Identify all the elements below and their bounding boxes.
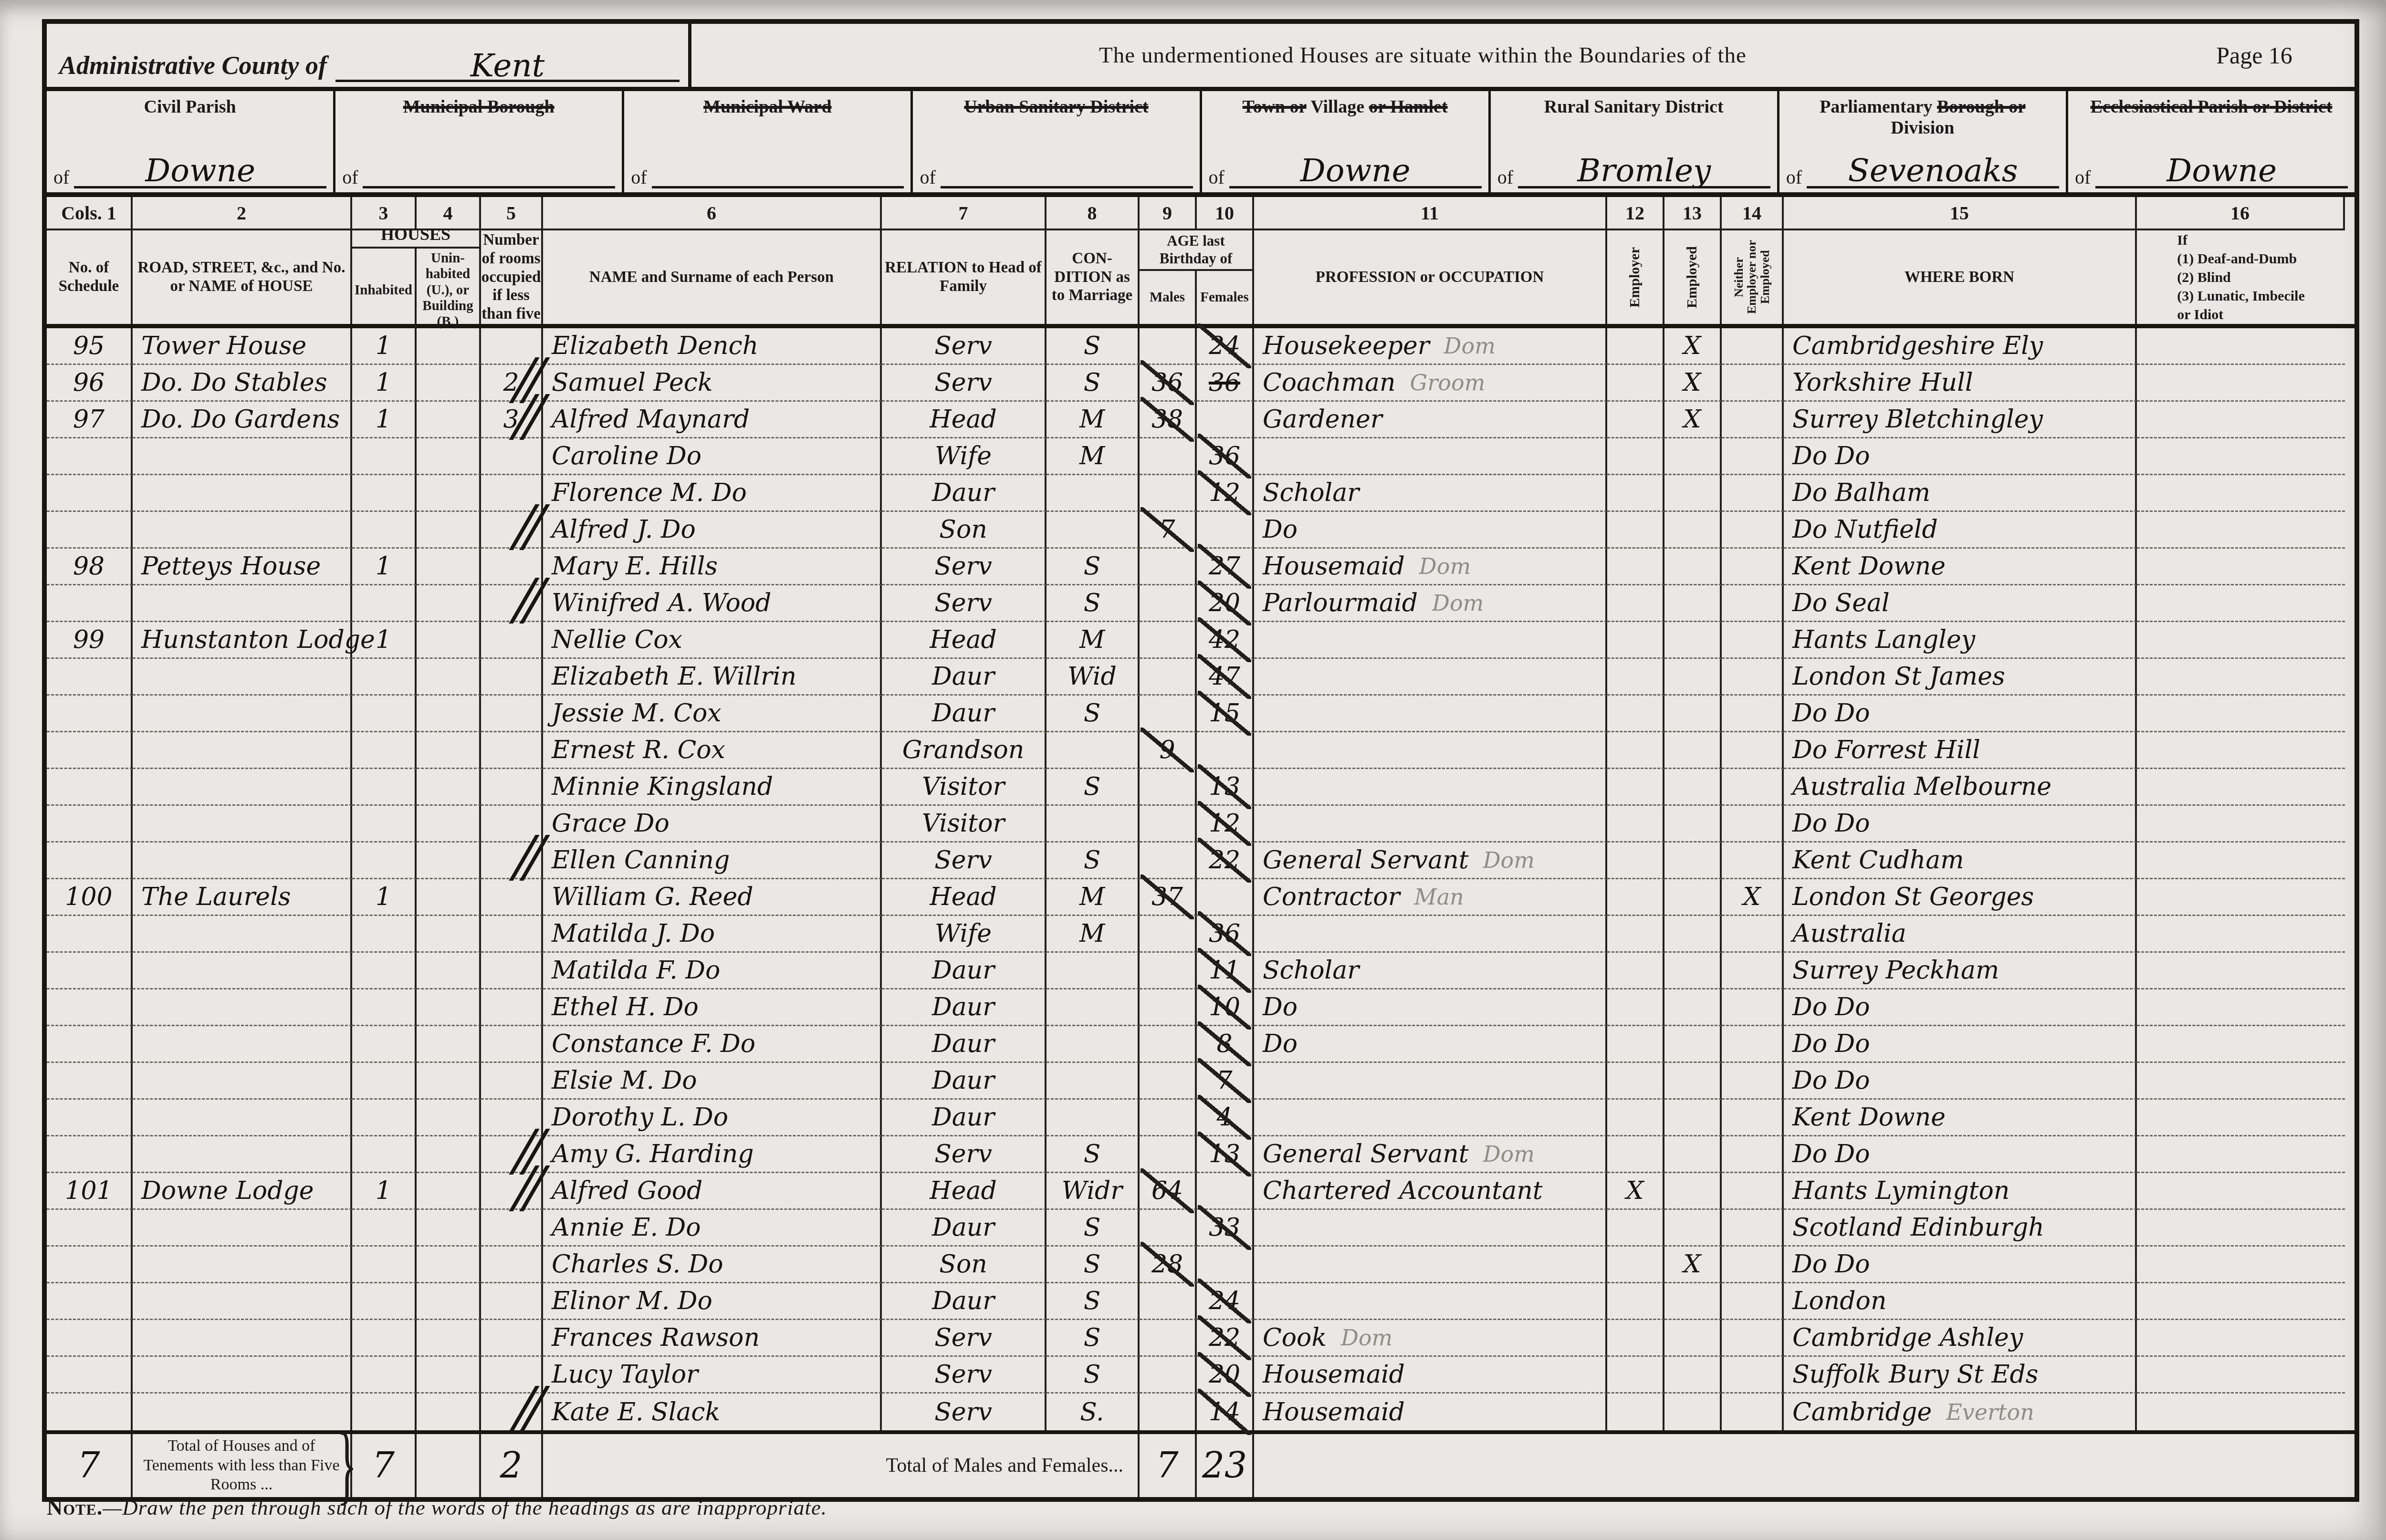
person-row-13: Minnie KingslandVisitorS13Australia Melb…	[47, 769, 2355, 806]
schedule-number-value: 100	[65, 883, 112, 911]
employed-mark	[1664, 512, 1722, 549]
where-born-ink: Do Do	[1792, 993, 1870, 1021]
uninhabited-mark	[417, 1173, 481, 1210]
schedule-number: 100	[47, 879, 133, 916]
infirmities	[2137, 879, 2345, 916]
where-born-ink: Do Do	[1792, 1250, 1870, 1279]
col-group-houses: HOUSES In­habit­ed Unin­habited (U.), or…	[352, 230, 481, 324]
district-label-segment: or Hamlet	[1369, 97, 1448, 117]
relation-to-head: Son	[882, 512, 1046, 549]
occupation-ink: Housekeeper	[1263, 332, 1430, 360]
schedule-number	[47, 475, 133, 512]
where-born: Cambridgeshire Ely	[1784, 328, 2137, 365]
relation-to-head: Daur	[882, 1100, 1046, 1136]
of-word: of	[1497, 166, 1513, 188]
col-label-neither: Neither Employer nor Employed	[1722, 230, 1784, 324]
infirmity-deaf: (1) Deaf-and-Dumb	[2177, 251, 2297, 267]
marriage-condition: S	[1046, 1136, 1140, 1173]
marriage-condition: S	[1046, 1320, 1140, 1357]
relation-to-head-value: Son	[939, 1250, 987, 1279]
inhabited-mark: 1	[352, 879, 417, 916]
age-female	[1197, 512, 1254, 549]
marriage-condition: S	[1046, 769, 1140, 806]
district-value-line: Bromley	[1518, 156, 1770, 188]
infirmities	[2137, 1283, 2345, 1320]
house-name	[133, 916, 352, 953]
schedule-number	[47, 1026, 133, 1063]
district-label-segment: Civil Parish	[144, 97, 236, 117]
occupation	[1254, 769, 1607, 806]
relation-to-head-value: Head	[930, 883, 996, 911]
age-male	[1140, 769, 1197, 806]
house-name	[133, 1026, 352, 1063]
schedule-number-value: 98	[73, 552, 105, 581]
employed-mark	[1664, 1173, 1722, 1210]
col-num-11: 11	[1254, 197, 1607, 230]
age-male	[1140, 843, 1197, 879]
uninhabited-mark	[417, 1357, 481, 1394]
inhabited-mark	[352, 989, 417, 1026]
age-female	[1197, 1173, 1254, 1210]
inhabited-mark: 1	[352, 328, 417, 365]
inhabited-mark	[352, 1320, 417, 1357]
age-female: 20	[1197, 1357, 1254, 1394]
district-label-segment: District	[2270, 97, 2333, 117]
district-cell-6: Parliamentary Borough or DivisionofSeven…	[1779, 91, 2068, 192]
uninhabited-mark	[417, 549, 481, 585]
person-row-6: Alfred J. DoSon7DoDo Nutfield	[47, 512, 2355, 549]
district-label-segment: Municipal Borough	[403, 97, 555, 117]
relation-to-head: Daur	[882, 953, 1046, 989]
marriage-condition-value: Widr	[1062, 1176, 1122, 1205]
occupation: ParlourmaidDom	[1254, 585, 1607, 622]
marriage-condition-value: Wid	[1067, 662, 1116, 691]
relation-to-head-value: Serv	[934, 1360, 992, 1389]
occupation: Scholar	[1254, 475, 1607, 512]
age-female-value: 36	[1209, 919, 1240, 948]
marriage-condition: S.	[1046, 1394, 1140, 1430]
age-female-value: 8	[1216, 1030, 1232, 1058]
where-born-ink: Scotland Edinburgh	[1792, 1213, 2044, 1242]
relation-to-head-value: Serv	[934, 332, 992, 360]
person-name: Matilda F. Do	[543, 953, 882, 989]
marriage-condition-value: S	[1084, 552, 1101, 581]
person-row-7: 98Petteys House1Mary E. HillsServS27Hous…	[47, 549, 2355, 585]
occupation: HousekeeperDom	[1254, 328, 1607, 365]
where-born: Australia	[1784, 916, 2137, 953]
schedule-number	[47, 512, 133, 549]
schedule-number	[47, 806, 133, 843]
district-label: Town or Village or Hamlet	[1209, 97, 1482, 118]
marriage-condition: M	[1046, 879, 1140, 916]
marriage-condition-value: S	[1084, 699, 1101, 728]
age-female: 36	[1197, 365, 1254, 402]
col-num-15: 15	[1784, 197, 2137, 230]
relation-to-head-value: Wife	[935, 919, 992, 948]
inhabited-mark	[352, 769, 417, 806]
rooms-mark	[481, 1063, 543, 1100]
rooms-mark	[481, 1210, 543, 1247]
where-born: Cambridge Ashley	[1784, 1320, 2137, 1357]
person-name-value: Elizabeth Dench	[552, 332, 758, 360]
occupation-pencil-note: Man	[1414, 884, 1464, 910]
schedule-number	[47, 696, 133, 732]
district-value: Sevenoaks	[1848, 156, 2018, 185]
where-born-ink: Surrey Bletchingley	[1792, 405, 2043, 434]
age-male	[1140, 916, 1197, 953]
col-label-relation: RELATION to Head of Family	[882, 230, 1046, 324]
rooms-mark-value: 2	[503, 368, 519, 397]
age-female-value: 20	[1209, 1360, 1240, 1389]
marriage-condition	[1046, 989, 1140, 1026]
marriage-condition: M	[1046, 916, 1140, 953]
neither-mark	[1722, 475, 1784, 512]
where-born-ink: Yorkshire Hull	[1792, 368, 1973, 397]
person-name: Ellen Canning	[543, 843, 882, 879]
marriage-condition-value: M	[1079, 919, 1105, 948]
person-row-15: Ellen CanningServS22General ServantDomKe…	[47, 843, 2355, 879]
age-male	[1140, 1394, 1197, 1430]
employed-mark	[1664, 732, 1722, 769]
relation-to-head: Wife	[882, 438, 1046, 475]
occupation: HousemaidDom	[1254, 549, 1607, 585]
district-of-line: ofBromley	[1497, 156, 1770, 188]
house-name: Tower House	[133, 328, 352, 365]
age-male	[1140, 549, 1197, 585]
age-female-value: 24	[1209, 1287, 1240, 1315]
rooms-mark	[481, 879, 543, 916]
relation-to-head: Daur	[882, 1063, 1046, 1100]
where-born-ink: London	[1792, 1287, 1886, 1315]
schedule-number: 97	[47, 402, 133, 438]
relation-to-head: Serv	[882, 1394, 1046, 1430]
admin-county-label: Administrative County of	[59, 51, 327, 80]
neither-mark	[1722, 1063, 1784, 1100]
infirmities	[2137, 1394, 2345, 1430]
where-born: Do Do	[1784, 989, 2137, 1026]
marriage-condition-value: M	[1079, 442, 1105, 470]
infirmities	[2137, 989, 2345, 1026]
infirmities	[2137, 475, 2345, 512]
district-value: Downe	[1300, 156, 1411, 185]
occupation: CookDom	[1254, 1320, 1607, 1357]
rooms-mark-value: 3	[503, 405, 519, 434]
employed-mark-value: X	[1683, 405, 1701, 434]
age-male: 37	[1140, 879, 1197, 916]
occupation: Do	[1254, 512, 1607, 549]
neither-mark	[1722, 1210, 1784, 1247]
employed-mark	[1664, 1283, 1722, 1320]
district-value-line: Downe	[2095, 156, 2348, 188]
relation-to-head-value: Head	[930, 405, 996, 434]
schedule-number	[47, 953, 133, 989]
rooms-mark	[481, 696, 543, 732]
person-row-23: Amy G. HardingServS13General ServantDomD…	[47, 1136, 2355, 1173]
age-female: 13	[1197, 1136, 1254, 1173]
person-name: Nellie Cox	[543, 622, 882, 659]
marriage-condition-value: M	[1079, 405, 1105, 434]
person-name: Ernest R. Cox	[543, 732, 882, 769]
rooms-mark	[481, 1247, 543, 1283]
where-born: Do Do	[1784, 1026, 2137, 1063]
inhabited-mark: 1	[352, 1173, 417, 1210]
person-name-value: Minnie Kingsland	[552, 772, 773, 801]
age-female	[1197, 732, 1254, 769]
inhabited-mark-value: 1	[376, 552, 391, 581]
employed-mark	[1664, 585, 1722, 622]
uninhabited-mark	[417, 732, 481, 769]
rooms-mark	[481, 438, 543, 475]
relation-to-head-value: Daur	[932, 1066, 994, 1095]
marriage-condition-value: S	[1084, 772, 1101, 801]
person-row-3: 97Do. Do Gardens13Alfred MaynardHeadM38G…	[47, 402, 2355, 438]
person-name-value: Alfred Good	[552, 1176, 702, 1205]
marriage-condition: S	[1046, 328, 1140, 365]
inhabited-mark	[352, 1063, 417, 1100]
col-label-females: Females	[1197, 271, 1252, 324]
uninhabited-mark	[417, 328, 481, 365]
age-male-value: 64	[1151, 1176, 1183, 1205]
of-word: of	[53, 166, 69, 188]
house-name	[133, 475, 352, 512]
age-female-value: 15	[1209, 699, 1240, 728]
person-name: Minnie Kingsland	[543, 769, 882, 806]
infirmities	[2137, 806, 2345, 843]
relation-to-head-value: Son	[939, 515, 987, 544]
person-name-value: William G. Reed	[552, 883, 753, 911]
occupation-ink: Do	[1263, 993, 1298, 1021]
schedule-number	[47, 989, 133, 1026]
occupation-ink: Gardener	[1263, 405, 1382, 434]
age-female-value: 22	[1209, 846, 1240, 874]
uninhabited-mark	[417, 916, 481, 953]
employed-mark	[1664, 843, 1722, 879]
district-label-segment: Rural Sanitary District	[1544, 97, 1724, 117]
where-born-pencil-note: Everton	[1946, 1399, 2034, 1425]
occupation-ink: Contractor	[1263, 883, 1400, 911]
col-num-12: 12	[1607, 197, 1664, 230]
col-num-13: 13	[1664, 197, 1722, 230]
employer-mark	[1607, 732, 1664, 769]
employer-mark	[1607, 953, 1664, 989]
employed-mark-value: X	[1683, 368, 1701, 397]
relation-to-head: Visitor	[882, 806, 1046, 843]
marriage-condition-value: S	[1084, 1323, 1101, 1352]
occupation	[1254, 659, 1607, 696]
uninhabited-mark	[417, 1026, 481, 1063]
col-label-employer: Employer	[1607, 230, 1664, 324]
employed-mark	[1664, 1320, 1722, 1357]
relation-to-head-value: Wife	[935, 442, 992, 470]
age-female: 12	[1197, 475, 1254, 512]
relation-to-head-value: Daur	[932, 479, 994, 507]
where-born: London	[1784, 1283, 2137, 1320]
person-row-19: Ethel H. DoDaur10DoDo Do	[47, 989, 2355, 1026]
age-male	[1140, 806, 1197, 843]
occupation-ink: Do	[1263, 1030, 1298, 1058]
of-word: of	[342, 166, 358, 188]
where-born-ink: Do Seal	[1792, 589, 1890, 617]
col-num-9: 9	[1140, 197, 1197, 230]
person-name: Elinor M. Do	[543, 1283, 882, 1320]
person-row-24: 101Downe Lodge1Alfred GoodHeadWidr64Char…	[47, 1173, 2355, 1210]
inhabited-mark	[352, 916, 417, 953]
uninhabited-mark	[417, 989, 481, 1026]
marriage-condition-value: S	[1084, 332, 1101, 360]
marriage-condition	[1046, 512, 1140, 549]
occupation	[1254, 806, 1607, 843]
relation-to-head-value: Daur	[932, 1213, 994, 1242]
rooms-mark	[481, 1320, 543, 1357]
district-cell-1: Municipal Boroughof	[335, 91, 624, 192]
inhabited-mark-value: 1	[376, 883, 391, 911]
inhabited-mark	[352, 843, 417, 879]
district-label: Urban Sanitary District	[920, 97, 1193, 118]
house-name-value: Petteys House	[141, 552, 321, 581]
col-label-name: NAME and Surname of each Person	[543, 230, 882, 324]
house-name	[133, 659, 352, 696]
person-name-value: Jessie M. Cox	[552, 699, 722, 728]
uninhabited-mark	[417, 622, 481, 659]
age-female: 36	[1197, 438, 1254, 475]
house-name: The Laurels	[133, 879, 352, 916]
person-name: William G. Reed	[543, 879, 882, 916]
house-name	[133, 1063, 352, 1100]
infirmities	[2137, 438, 2345, 475]
neither-mark	[1722, 1136, 1784, 1173]
inhabited-mark	[352, 585, 417, 622]
employer-mark	[1607, 1100, 1664, 1136]
marriage-condition-value: S	[1084, 1287, 1101, 1315]
where-born-ink: London St James	[1792, 662, 2005, 691]
age-male: 36	[1140, 365, 1197, 402]
relation-to-head-value: Serv	[934, 589, 992, 617]
person-row-2: 96Do. Do Stables12Samuel PeckServS3636Co…	[47, 365, 2355, 402]
where-born: Kent Downe	[1784, 1100, 2137, 1136]
age-male	[1140, 953, 1197, 989]
schedule-number	[47, 1357, 133, 1394]
employed-mark-value: X	[1683, 332, 1701, 360]
age-female: 24	[1197, 328, 1254, 365]
person-row-12: Ernest R. CoxGrandson9Do Forrest Hill	[47, 732, 2355, 769]
inhabited-mark	[352, 1357, 417, 1394]
relation-to-head-value: Daur	[932, 993, 994, 1021]
schedule-number-value: 95	[73, 332, 105, 360]
neither-mark	[1722, 1100, 1784, 1136]
marriage-condition	[1046, 953, 1140, 989]
marriage-condition	[1046, 475, 1140, 512]
where-born-ink: Do Do	[1792, 1030, 1870, 1058]
uninhabited-mark	[417, 659, 481, 696]
col-num-10: 10	[1197, 197, 1254, 230]
age-female-value: 22	[1209, 1323, 1240, 1352]
occupation: Housemaid	[1254, 1357, 1607, 1394]
col-label-schedule: No. of Schedule	[47, 230, 133, 324]
infirmities	[2137, 953, 2345, 989]
person-row-30: Kate E. SlackServS.14HousemaidCambridgeE…	[47, 1394, 2355, 1430]
schedule-number	[47, 1283, 133, 1320]
rooms-mark	[481, 953, 543, 989]
neither-mark	[1722, 843, 1784, 879]
schedule-number: 99	[47, 622, 133, 659]
where-born: Do Nutfield	[1784, 512, 2137, 549]
house-name-value: The Laurels	[141, 883, 291, 911]
schedule-number	[47, 732, 133, 769]
house-name	[133, 438, 352, 475]
age-male: 28	[1140, 1247, 1197, 1283]
where-born: Do Forrest Hill	[1784, 732, 2137, 769]
where-born-ink: Kent Downe	[1792, 552, 1946, 581]
age-female: 10	[1197, 989, 1254, 1026]
where-born-ink: Do Nutfield	[1792, 515, 1938, 544]
rooms-mark	[481, 1026, 543, 1063]
schedule-number-value: 97	[73, 405, 105, 434]
age-female: 12	[1197, 806, 1254, 843]
schedule-number-value: 99	[73, 625, 105, 654]
infirmity-blind: (2) Blind	[2177, 270, 2231, 285]
district-of-line: ofDowne	[2075, 156, 2348, 188]
relation-to-head-value: Serv	[934, 552, 992, 581]
marriage-condition	[1046, 806, 1140, 843]
employer-mark	[1607, 1394, 1664, 1430]
age-female-value: 42	[1209, 625, 1240, 654]
district-of-line: of	[631, 164, 904, 188]
marriage-condition: S	[1046, 585, 1140, 622]
person-row-16: 100The Laurels1William G. ReedHeadM37Con…	[47, 879, 2355, 916]
marriage-condition-value: S	[1084, 1213, 1101, 1242]
marriage-condition: M	[1046, 402, 1140, 438]
person-name: Charles S. Do	[543, 1247, 882, 1283]
rooms-mark	[481, 1100, 543, 1136]
rooms-mark: 2	[481, 365, 543, 402]
marriage-condition: Wid	[1046, 659, 1140, 696]
relation-to-head: Serv	[882, 843, 1046, 879]
age-female-value: 20	[1209, 589, 1240, 617]
employed-mark-value: X	[1683, 1250, 1701, 1279]
inhabited-mark: 1	[352, 365, 417, 402]
district-value-line	[652, 164, 904, 188]
employer-mark	[1607, 365, 1664, 402]
uninhabited-mark	[417, 438, 481, 475]
age-male: 9	[1140, 732, 1197, 769]
rooms-mark	[481, 622, 543, 659]
age-male	[1140, 585, 1197, 622]
employer-mark	[1607, 622, 1664, 659]
schedule-number	[47, 843, 133, 879]
where-born: Do Do	[1784, 806, 2137, 843]
employed-mark	[1664, 438, 1722, 475]
rooms-mark	[481, 1394, 543, 1430]
relation-to-head: Daur	[882, 989, 1046, 1026]
age-male	[1140, 1136, 1197, 1173]
house-name-value: Hunstanton Lodge	[141, 625, 375, 654]
occupation-pencil-note: Dom	[1444, 333, 1496, 359]
inhabited-mark	[352, 1247, 417, 1283]
person-name-value: Kate E. Slack	[552, 1398, 720, 1426]
col-num-5: 5	[481, 197, 543, 230]
employed-mark	[1664, 659, 1722, 696]
person-name: Lucy Taylor	[543, 1357, 882, 1394]
situate-line: The undermentioned Houses are situate wi…	[691, 24, 2154, 87]
infirmities	[2137, 1026, 2345, 1063]
neither-mark	[1722, 1357, 1784, 1394]
marriage-condition: M	[1046, 438, 1140, 475]
schedule-number: 98	[47, 549, 133, 585]
rooms-mark	[481, 512, 543, 549]
age-female-value: 13	[1209, 772, 1240, 801]
house-name	[133, 769, 352, 806]
employer-mark: X	[1607, 1173, 1664, 1210]
